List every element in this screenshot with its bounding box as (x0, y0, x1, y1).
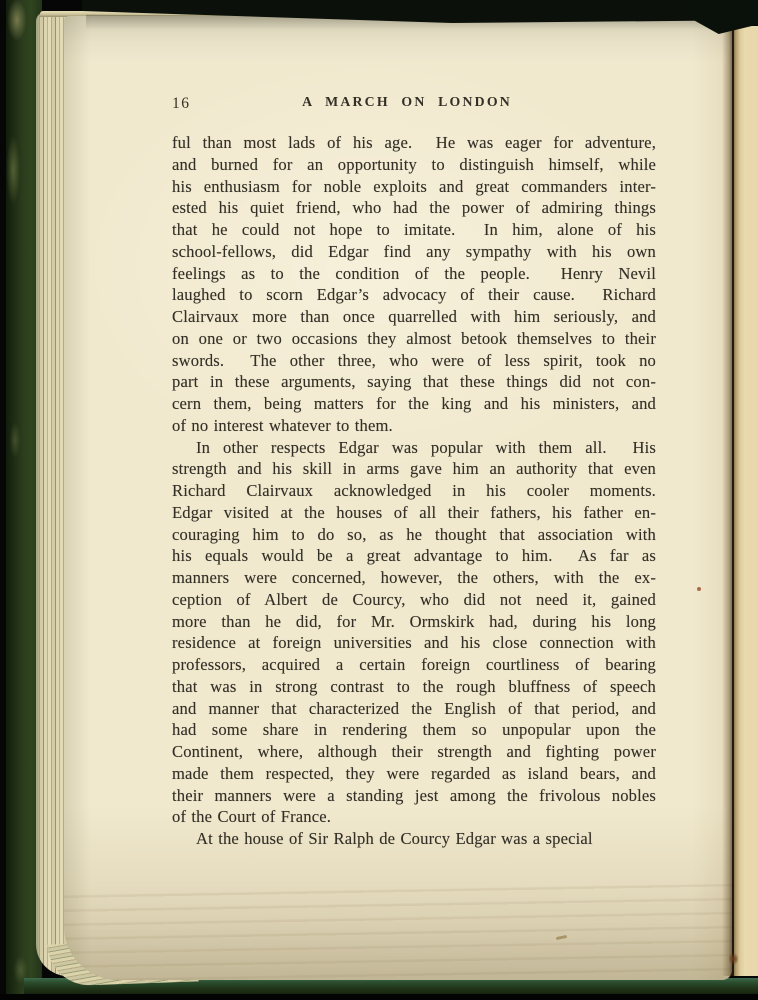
page-gutter-crease (722, 18, 740, 976)
text-line: Edgar visited at the houses of all their… (172, 502, 656, 524)
page-header: 16 A MARCH ON LONDON (172, 94, 656, 114)
text-line: part in these arguments, saying that the… (172, 371, 656, 393)
gutter-stain (729, 952, 738, 966)
text-line: strength and his skill in arms gave him … (172, 458, 656, 480)
text-line: of no interest whatever to them. (172, 415, 656, 437)
text-line: swords. The other three, who were of les… (172, 350, 656, 372)
text-line: ful than most lads of his age. He was ea… (172, 132, 656, 154)
page-bottom-curvature (64, 884, 732, 980)
text-block: ful than most lads of his age. He was ea… (172, 132, 656, 850)
text-line: that was in strong contrast to the rough… (172, 676, 656, 698)
text-line: Richard Clairvaux acknowledged in his co… (172, 480, 656, 502)
book-page: 16 A MARCH ON LONDON ful than most lads … (64, 16, 732, 980)
text-line: ested his quiet friend, who had the powe… (172, 197, 656, 219)
text-line: professors, acquired a certain foreign c… (172, 654, 656, 676)
text-line: made them respected, they were regarded … (172, 763, 656, 785)
paper-speck (697, 587, 701, 591)
text-line: residence at foreign universities and hi… (172, 632, 656, 654)
paragraph: At the house of Sir Ralph de Courcy Edga… (172, 828, 656, 850)
text-line: more than he did, for Mr. Ormskirk had, … (172, 611, 656, 633)
text-line: Clairvaux more than once quarrelled with… (172, 306, 656, 328)
text-line: couraging him to do so, as he thought th… (172, 524, 656, 546)
text-line: In other respects Edgar was popular with… (172, 437, 656, 459)
text-line: Continent, where, although their strengt… (172, 741, 656, 763)
text-line: manners were concerned, however, the oth… (172, 567, 656, 589)
text-line: that he could not hope to imitate. In hi… (172, 219, 656, 241)
text-line: their manners were a standing jest among… (172, 785, 656, 807)
running-title: A MARCH ON LONDON (165, 94, 649, 110)
text-line: and burned for an opportunity to disting… (172, 154, 656, 176)
text-line: of the Court of France. (172, 806, 656, 828)
photo-bottom-shadow (0, 994, 758, 1000)
text-line: had some share in rendering them so unpo… (172, 719, 656, 741)
paragraph: In other respects Edgar was popular with… (172, 437, 656, 829)
text-line: on one or two occasions they almost beto… (172, 328, 656, 350)
text-line: school-fellows, did Edgar find any sympa… (172, 241, 656, 263)
book-photo: 16 A MARCH ON LONDON ful than most lads … (0, 0, 758, 1000)
text-line: ception of Albert de Courcy, who did not… (172, 589, 656, 611)
text-line: laughed to scorn Edgar’s advocacy of the… (172, 284, 656, 306)
text-line: and manner that characterized the Englis… (172, 698, 656, 720)
text-line: his equals would be a great advantage to… (172, 545, 656, 567)
paragraph: ful than most lads of his age. He was ea… (172, 132, 656, 437)
text-line: At the house of Sir Ralph de Courcy Edga… (172, 828, 656, 850)
text-line: his enthusiasm for noble exploits and gr… (172, 176, 656, 198)
text-line: feelings as to the condition of the peop… (172, 263, 656, 285)
text-line: cern them, being matters for the king an… (172, 393, 656, 415)
